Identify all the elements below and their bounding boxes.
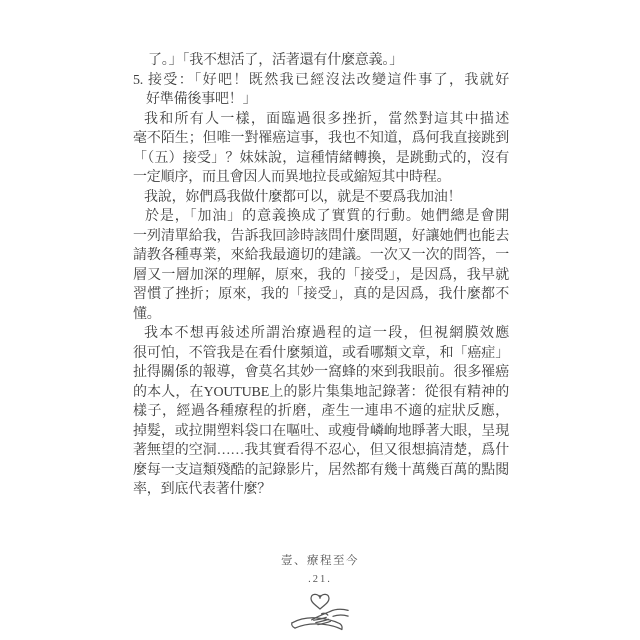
text-line: 掉髮，或拉開塑料袋口在嘔吐、或瘦骨嶙峋地睜著大眼，呈現 bbox=[133, 422, 509, 442]
text-line: 懂。 bbox=[133, 305, 509, 325]
text-line: 層又一層加深的理解，原來，我的「接受」，是因爲，我早就 bbox=[133, 266, 509, 286]
text-line: 樣子，經過各種療程的折磨，產生一連串不適的症狀反應， bbox=[133, 402, 509, 422]
text-line: 的本人，在YOUTUBE上的影片集集地記錄著：從很有精神的 bbox=[133, 383, 509, 403]
book-page: 了。」「我不想活了，活著還有什麼意義。」5. 接受：「好吧！既然我已經沒法改變這… bbox=[0, 0, 640, 640]
text-line: 麼每一支這類殘酷的記錄影片，居然都有幾十萬幾百萬的點閱 bbox=[133, 461, 509, 481]
text-line: 扯得關係的報導，會莫名其妙一窩蜂的來到我眼前。很多罹癌 bbox=[133, 363, 509, 383]
text-line: 毫不陌生；但唯一對罹癌這事，我也不知道，爲何我直接跳到 bbox=[133, 129, 509, 149]
text-line: 我本不想再敍述所謂治療過程的這一段，但視網膜效應 bbox=[133, 324, 509, 344]
chapter-footer-label: 壹、療程至今 bbox=[0, 552, 640, 568]
upper-hand bbox=[330, 609, 348, 611]
hands-offering-heart-icon bbox=[0, 588, 640, 638]
text-line: 著無望的空洞……我其實看得不忍心，但又很想搞清楚，爲什 bbox=[133, 441, 509, 461]
text-line: 「（五）接受」？妹妹說，這種情緒轉換，是跳動式的，沒有 bbox=[133, 149, 509, 169]
text-line: 好準備後事吧！」 bbox=[133, 90, 509, 110]
page-number: .21. bbox=[0, 574, 640, 585]
text-line: 很可怕，不管我是在看什麼頻道，或看哪類文章，和「癌症」 bbox=[133, 344, 509, 364]
text-line: 率，到底代表著什麼？ bbox=[133, 480, 509, 500]
text-line: 我說，妳們爲我做什麼都可以，就是不要爲我加油！ bbox=[133, 188, 509, 208]
text-line: 了。」「我不想活了，活著還有什麼意義。」 bbox=[133, 51, 509, 71]
text-line: 我和所有人一樣，面臨過很多挫折，當然對這其中描述 bbox=[133, 110, 509, 130]
text-line: 請教各種專業，來給我最適切的建議。一次又一次的問答，一 bbox=[133, 246, 509, 266]
text-line: 一列清單給我，告訴我回診時該問什麼問題，好讓她們也能去 bbox=[133, 227, 509, 247]
text-line: 於是，「加油」的意義換成了實質的行動。她們總是會開 bbox=[133, 207, 509, 227]
body-text: 了。」「我不想活了，活著還有什麼意義。」5. 接受：「好吧！既然我已經沒法改變這… bbox=[133, 51, 509, 500]
text-line: 一定順序，而且會因人而異地拉長或縮短其中時程。 bbox=[133, 168, 509, 188]
page-footer: 壹、療程至今 .21. bbox=[0, 552, 640, 638]
text-line: 習慣了挫折；原來，我的「接受」，真的是因爲，我什麼都不 bbox=[133, 285, 509, 305]
text-line: 5. 接受：「好吧！既然我已經沒法改變這件事了，我就好 bbox=[133, 71, 509, 91]
